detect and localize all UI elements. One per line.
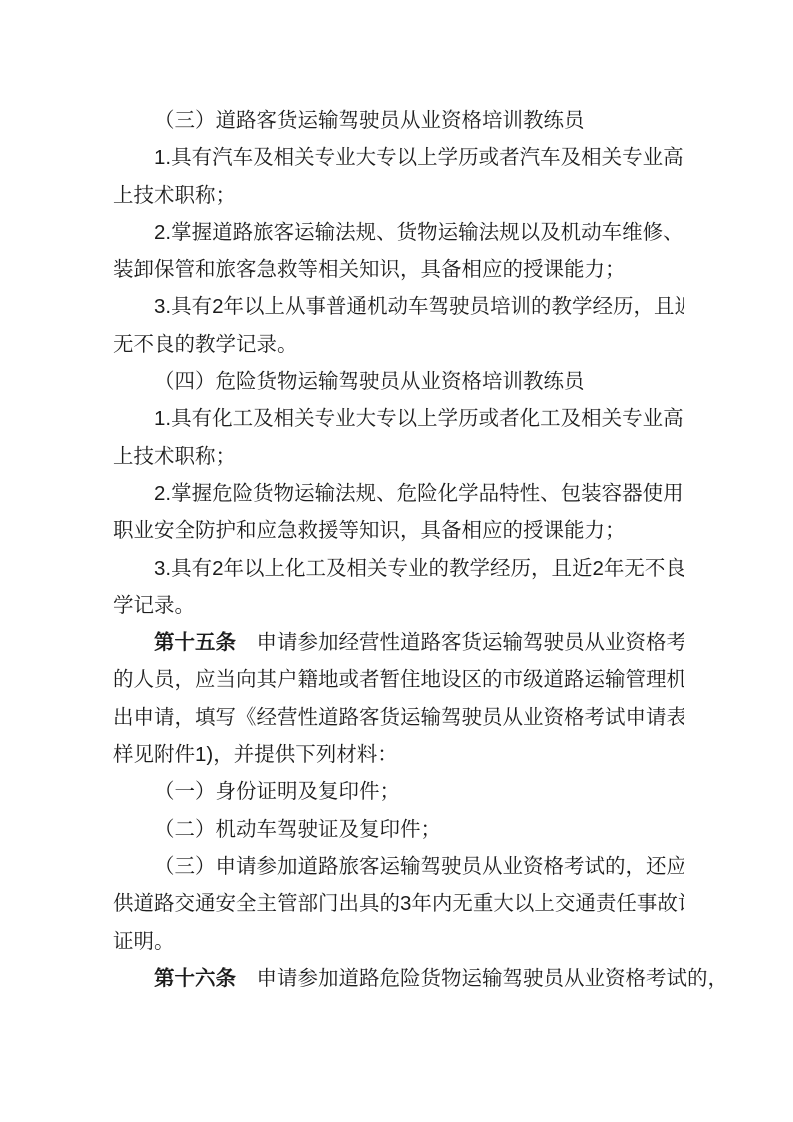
doc-text-segment: 样见附件1)，并提供下列材料： (113, 743, 398, 766)
doc-char: 车 (233, 139, 254, 176)
doc-char: 以 (244, 288, 265, 325)
doc-char: 驶 (462, 699, 483, 736)
doc-char: 年 (224, 288, 245, 325)
doc-text-segment: 第十六条 (154, 967, 236, 990)
doc-char: 出 (339, 885, 360, 922)
doc-char: 运 (585, 661, 606, 698)
doc-char: 货 (380, 699, 401, 736)
doc-char: 规 (356, 475, 377, 512)
doc-char: 1 (154, 139, 165, 176)
doc-char: 装 (581, 475, 602, 512)
doc-char: 3 (154, 550, 165, 587)
doc-char: 经 (257, 699, 278, 736)
doc-char: 具 (171, 550, 192, 587)
doc-text-segment: 装卸保管和旅客急救等相关知识，具备相应的授课能力； (113, 258, 626, 281)
doc-char: 相 (347, 550, 368, 587)
doc-char: 路 (233, 214, 254, 251)
doc-char: 申 (257, 624, 278, 661)
doc-char: 区 (462, 661, 483, 698)
doc-char: 良 (665, 550, 684, 587)
doc-char: 及 (561, 400, 582, 437)
doc-char: 管 (277, 885, 298, 922)
doc-char: 员 (564, 624, 585, 661)
doc-text-segment: 无不良的教学记录。 (113, 333, 298, 356)
doc-char: 从 (285, 288, 306, 325)
doc-char: 法 (335, 214, 356, 251)
doc-char: 道 (400, 624, 421, 661)
doc-char: 客 (359, 848, 380, 885)
doc-char: 及 (326, 550, 347, 587)
doc-char: 《 (236, 699, 257, 736)
doc-char: 地 (421, 661, 442, 698)
doc-line: 1.具有化工及相关专业大专以上学历或者化工及相关专业高级以 (113, 400, 684, 437)
doc-char: 营 (277, 699, 298, 736)
doc-char: 相 (581, 400, 602, 437)
doc-char: 3 (154, 288, 165, 325)
doc-char: 学 (470, 550, 491, 587)
doc-char: 住 (400, 661, 421, 698)
doc-char: 者 (499, 400, 520, 437)
document-text-block: （三）道路客货运输驾驶员从业资格培训教练员1.具有汽车及相关专业大专以上学历或者… (113, 102, 684, 997)
doc-char: 具 (171, 288, 192, 325)
doc-char: 1 (154, 400, 165, 437)
doc-line: 2.掌握危险货物运输法规、危险化学品特性、包装容器使用方法、 (113, 475, 684, 512)
doc-char: 当 (216, 661, 237, 698)
doc-char: 三 (175, 848, 196, 885)
doc-char: 相 (581, 139, 602, 176)
doc-char: 路 (154, 885, 175, 922)
doc-char: 驶 (441, 848, 462, 885)
doc-char: 理 (646, 661, 667, 698)
doc-char: 交 (555, 885, 576, 922)
doc-char: 高 (663, 139, 684, 176)
doc-char: 路 (318, 848, 339, 885)
doc-char: 掌 (171, 214, 192, 251)
doc-text-segment: 上技术职称； (113, 445, 236, 468)
doc-char: 以 (397, 139, 418, 176)
doc-char: 部 (298, 885, 319, 922)
doc-char: 的 (531, 288, 552, 325)
doc-char: 人 (134, 661, 155, 698)
doc-char: 业 (408, 550, 429, 587)
doc-char: 专 (315, 139, 336, 176)
doc-char: 机 (667, 661, 685, 698)
doc-line: 无不良的教学记录。 (113, 326, 684, 363)
doc-char: 上 (265, 288, 286, 325)
doc-char: 运 (294, 475, 315, 512)
doc-char: 容 (602, 475, 623, 512)
doc-char: 有 (192, 400, 213, 437)
doc-char: 者 (359, 661, 380, 698)
doc-char: 通 (575, 885, 596, 922)
doc-char: ， (634, 288, 655, 325)
doc-line: 出申请，填写《经营性道路客货运输驾驶员从业资格考试申请表》(式 (113, 699, 684, 736)
doc-char: 化 (438, 475, 459, 512)
doc-char: 输 (315, 475, 336, 512)
doc-char: 运 (400, 699, 421, 736)
doc-char: 有 (192, 288, 213, 325)
doc-char: 高 (663, 400, 684, 437)
doc-char: 驾 (523, 624, 544, 661)
doc-char: 申 (626, 699, 647, 736)
doc-char: 输 (421, 699, 442, 736)
doc-char: 从 (482, 848, 503, 885)
doc-char: 市 (503, 661, 524, 698)
doc-char: 从 (503, 699, 524, 736)
doc-line: 学记录。 (113, 587, 684, 624)
doc-char: 条 (216, 624, 237, 661)
doc-line: （二）机动车驾驶证及复印件； (113, 811, 684, 848)
doc-char: 运 (380, 848, 401, 885)
doc-char: 业 (335, 139, 356, 176)
doc-char: 上 (417, 139, 438, 176)
doc-char: 经 (593, 288, 614, 325)
doc-char: 年 (224, 550, 245, 587)
doc-char: 填 (195, 699, 216, 736)
doc-char: 通 (195, 885, 216, 922)
doc-char: 责 (596, 885, 617, 922)
doc-char: 专 (388, 550, 409, 587)
doc-char: 资 (626, 624, 647, 661)
doc-char: 通 (347, 288, 368, 325)
doc-char: 运 (438, 214, 459, 251)
doc-char: 相 (274, 400, 295, 437)
doc-char: 近 (572, 550, 593, 587)
doc-text-segment: （二）机动车驾驶证及复印件； (154, 818, 441, 841)
doc-char: 有 (192, 550, 213, 587)
doc-char: 2 (154, 214, 165, 251)
doc-char: 级 (523, 661, 544, 698)
doc-char: 学 (458, 475, 479, 512)
doc-char: 事 (306, 288, 327, 325)
doc-char: 重 (473, 885, 494, 922)
doc-char: 法 (335, 475, 356, 512)
doc-char: 资 (544, 699, 565, 736)
doc-char: 业 (523, 699, 544, 736)
doc-char: 的 (113, 661, 134, 698)
doc-char: 及 (253, 400, 274, 437)
doc-char: 交 (175, 885, 196, 922)
doc-char: 关 (602, 139, 623, 176)
doc-char: 道 (212, 214, 233, 251)
doc-char: 内 (432, 885, 453, 922)
doc-char: 暂 (380, 661, 401, 698)
doc-char: 修 (643, 214, 664, 251)
doc-char: 业 (335, 400, 356, 437)
doc-char (236, 624, 257, 661)
doc-char: 道 (298, 848, 319, 885)
doc-char: 申 (134, 699, 155, 736)
doc-char: 请 (277, 624, 298, 661)
doc-char: 营 (359, 624, 380, 661)
doc-char: 以 (520, 214, 541, 251)
doc-char: 考 (564, 848, 585, 885)
doc-text-segment: （四）危险货物运输驾驶员从业资格培训教练员 (154, 370, 585, 393)
doc-char: 掌 (171, 475, 192, 512)
doc-text-segment: 申请参加道路危险货物运输驾驶员从业资格考试的， (236, 967, 728, 990)
doc-char: 驾 (421, 848, 442, 885)
doc-char: 专 (315, 400, 336, 437)
doc-char: 动 (581, 214, 602, 251)
doc-char: 路 (421, 624, 442, 661)
doc-char: 格 (564, 699, 585, 736)
doc-char: 表 (667, 699, 685, 736)
doc-char: 资 (523, 848, 544, 885)
doc-line: 样见附件1)，并提供下列材料： (113, 736, 684, 773)
doc-char: 客 (441, 624, 462, 661)
doc-char: 险 (233, 475, 254, 512)
document-page: （三）道路客货运输驾驶员从业资格培训教练员1.具有汽车及相关专业大专以上学历或者… (0, 0, 793, 1122)
doc-char: 的 (380, 885, 401, 922)
doc-char: 请 (646, 699, 667, 736)
doc-char: 或 (339, 661, 360, 698)
doc-char: 格 (646, 624, 667, 661)
doc-char: 关 (294, 400, 315, 437)
doc-char: 以 (514, 885, 535, 922)
doc-char: ， (175, 699, 196, 736)
doc-char: 3 (400, 885, 411, 922)
doc-char: 的 (482, 661, 503, 698)
doc-char: 及 (561, 139, 582, 176)
doc-char: 汽 (212, 139, 233, 176)
doc-char: 危 (397, 475, 418, 512)
doc-char: 应 (195, 661, 216, 698)
doc-char: 车 (540, 139, 561, 176)
doc-char: 考 (585, 699, 606, 736)
doc-char: 历 (458, 139, 479, 176)
doc-char: 货 (253, 475, 274, 512)
doc-char: 路 (339, 699, 360, 736)
doc-line: （四）危险货物运输驾驶员从业资格培训教练员 (113, 363, 684, 400)
doc-char: 动 (388, 288, 409, 325)
doc-char: 历 (458, 400, 479, 437)
doc-char: 有 (192, 139, 213, 176)
doc-line: 3.具有2年以上从事普通机动车驾驶员培训的教学经历，且近2年 (113, 288, 684, 325)
doc-char: 旅 (253, 214, 274, 251)
doc-char: 化 (212, 400, 233, 437)
doc-char: 第 (154, 624, 175, 661)
doc-char: 还 (646, 848, 667, 885)
doc-char: 或 (479, 400, 500, 437)
doc-char: 运 (482, 624, 503, 661)
doc-char: 2 (154, 475, 165, 512)
doc-char: 加 (318, 624, 339, 661)
doc-line: 供道路交通安全主管部门出具的3年内无重大以上交通责任事故记录 (113, 885, 684, 922)
doc-char: 化 (520, 400, 541, 437)
doc-char: 或 (479, 139, 500, 176)
doc-char: 关 (294, 139, 315, 176)
doc-char: 大 (356, 139, 377, 176)
doc-char: 学 (438, 139, 459, 176)
doc-char: 向 (236, 661, 257, 698)
doc-text-segment: （一）身份证明及复印件； (154, 780, 400, 803)
doc-char: 险 (417, 475, 438, 512)
doc-char: 维 (622, 214, 643, 251)
doc-char: 、 (540, 475, 561, 512)
doc-char: 业 (643, 400, 664, 437)
doc-char: 性 (520, 475, 541, 512)
doc-line: 2.掌握道路旅客运输法规、货物运输法规以及机动车维修、货物 (113, 214, 684, 251)
doc-char: 十 (175, 624, 196, 661)
doc-char: 学 (438, 400, 459, 437)
doc-char: 2 (212, 288, 223, 325)
doc-char: 参 (298, 624, 319, 661)
doc-char: 业 (605, 624, 626, 661)
doc-char: 工 (233, 400, 254, 437)
doc-char: 汽 (520, 139, 541, 176)
doc-char: 货 (397, 214, 418, 251)
doc-text-segment: 上技术职称； (113, 184, 236, 207)
doc-line: 第十五条 申请参加经营性道路客货运输驾驶员从业资格考试 (113, 624, 684, 661)
doc-char: 专 (376, 139, 397, 176)
doc-line: 3.具有2年以上化工及相关专业的教学经历，且近2年无不良的教 (113, 550, 684, 587)
doc-char: 试 (585, 848, 606, 885)
doc-char: 道 (318, 699, 339, 736)
doc-char: 写 (216, 699, 237, 736)
doc-char: 任 (616, 885, 637, 922)
doc-char: 驾 (441, 699, 462, 736)
doc-char: 规 (499, 214, 520, 251)
doc-char: 车 (408, 288, 429, 325)
doc-line: 上技术职称； (113, 438, 684, 475)
doc-char: 大 (493, 885, 514, 922)
doc-char: 业 (503, 848, 524, 885)
doc-char: 上 (417, 400, 438, 437)
doc-text-segment: 学记录。 (113, 594, 195, 617)
doc-char: 及 (540, 214, 561, 251)
doc-char: ， (626, 848, 647, 885)
doc-char: 握 (192, 214, 213, 251)
doc-char: 的 (605, 848, 626, 885)
doc-char: 具 (171, 139, 192, 176)
doc-char: 性 (380, 624, 401, 661)
doc-char: 经 (339, 624, 360, 661)
doc-char: 用 (663, 475, 684, 512)
doc-char: 2 (212, 550, 223, 587)
doc-text-segment: （三）道路客货运输驾驶员从业资格培训教练员 (154, 109, 585, 132)
doc-char: 无 (452, 885, 473, 922)
doc-char: 具 (359, 885, 380, 922)
doc-char: 籍 (298, 661, 319, 698)
doc-char: 客 (274, 214, 295, 251)
doc-char: 输 (315, 214, 336, 251)
doc-char: 运 (294, 214, 315, 251)
doc-char: 法 (479, 214, 500, 251)
doc-char: 出 (113, 699, 134, 736)
doc-line: （一）身份证明及复印件； (113, 773, 684, 810)
doc-char: 及 (253, 139, 274, 176)
doc-char: 输 (503, 624, 524, 661)
doc-char: 事 (637, 885, 658, 922)
doc-char: 试 (605, 699, 626, 736)
doc-line: 的人员，应当向其户籍地或者暂住地设区的市级道路运输管理机构提 (113, 661, 684, 698)
doc-char: ） (195, 848, 216, 885)
doc-line: （三）申请参加道路旅客运输驾驶员从业资格考试的，还应当提 (113, 848, 684, 885)
doc-char: 学 (572, 288, 593, 325)
doc-char: 道 (134, 885, 155, 922)
doc-char: 大 (356, 400, 377, 437)
doc-char: 机 (367, 288, 388, 325)
doc-char: 工 (306, 550, 327, 587)
doc-char: 全 (236, 885, 257, 922)
doc-char: 关 (602, 400, 623, 437)
doc-char: 经 (490, 550, 511, 587)
doc-char: 训 (511, 288, 532, 325)
doc-char: 握 (192, 475, 213, 512)
doc-char: 申 (216, 848, 237, 885)
doc-char: 且 (654, 288, 675, 325)
doc-char: 路 (564, 661, 585, 698)
doc-char: 年 (411, 885, 432, 922)
doc-char: 专 (622, 400, 643, 437)
doc-char: 年 (604, 550, 625, 587)
doc-char: 驶 (544, 624, 565, 661)
doc-line: 上技术职称； (113, 177, 684, 214)
doc-char: 的 (429, 550, 450, 587)
doc-char: 业 (643, 139, 664, 176)
doc-char: 管 (626, 661, 647, 698)
doc-char: 道 (544, 661, 565, 698)
doc-char: 相 (274, 139, 295, 176)
doc-char: 员 (470, 288, 491, 325)
doc-char: 应 (667, 848, 685, 885)
doc-char: 车 (602, 214, 623, 251)
doc-char: 性 (298, 699, 319, 736)
doc-char: 驾 (429, 288, 450, 325)
doc-char: 输 (605, 661, 626, 698)
doc-char: 教 (552, 288, 573, 325)
doc-char: 从 (585, 624, 606, 661)
doc-char: 考 (667, 624, 685, 661)
doc-char: 设 (441, 661, 462, 698)
doc-char: 供 (113, 885, 134, 922)
doc-char: 以 (397, 400, 418, 437)
doc-char: 其 (257, 661, 278, 698)
doc-char: 普 (326, 288, 347, 325)
doc-char: 员 (154, 661, 175, 698)
doc-line: （三）道路客货运输驾驶员从业资格培训教练员 (113, 102, 684, 139)
doc-char: 物 (417, 214, 438, 251)
doc-char: 无 (624, 550, 645, 587)
doc-char: 使 (643, 475, 664, 512)
doc-char: 故 (657, 885, 678, 922)
doc-char: 客 (359, 699, 380, 736)
doc-char: 者 (499, 139, 520, 176)
doc-char: 特 (499, 475, 520, 512)
doc-char: 主 (257, 885, 278, 922)
doc-char: 格 (544, 848, 565, 885)
doc-char: 不 (645, 550, 666, 587)
doc-char: ， (175, 661, 196, 698)
doc-char: 五 (195, 624, 216, 661)
doc-char: 员 (482, 699, 503, 736)
doc-line: 第十六条 申请参加道路危险货物运输驾驶员从业资格考试的， (113, 960, 684, 997)
doc-char: 历 (613, 288, 634, 325)
doc-char: 品 (479, 475, 500, 512)
doc-line: 1.具有汽车及相关专业大专以上学历或者汽车及相关专业高级以 (113, 139, 684, 176)
doc-char: 请 (154, 699, 175, 736)
doc-line: 职业安全防护和应急救援等知识，具备相应的授课能力； (113, 512, 684, 549)
doc-char: 请 (236, 848, 257, 885)
doc-char: 历 (511, 550, 532, 587)
doc-char: 机 (561, 214, 582, 251)
doc-char: 化 (285, 550, 306, 587)
doc-char: 教 (449, 550, 470, 587)
doc-text-segment: 职业安全防护和应急救援等知识，具备相应的授课能力； (113, 519, 626, 542)
doc-char: 专 (622, 139, 643, 176)
doc-char: 户 (277, 661, 298, 698)
doc-char: 以 (244, 550, 265, 587)
